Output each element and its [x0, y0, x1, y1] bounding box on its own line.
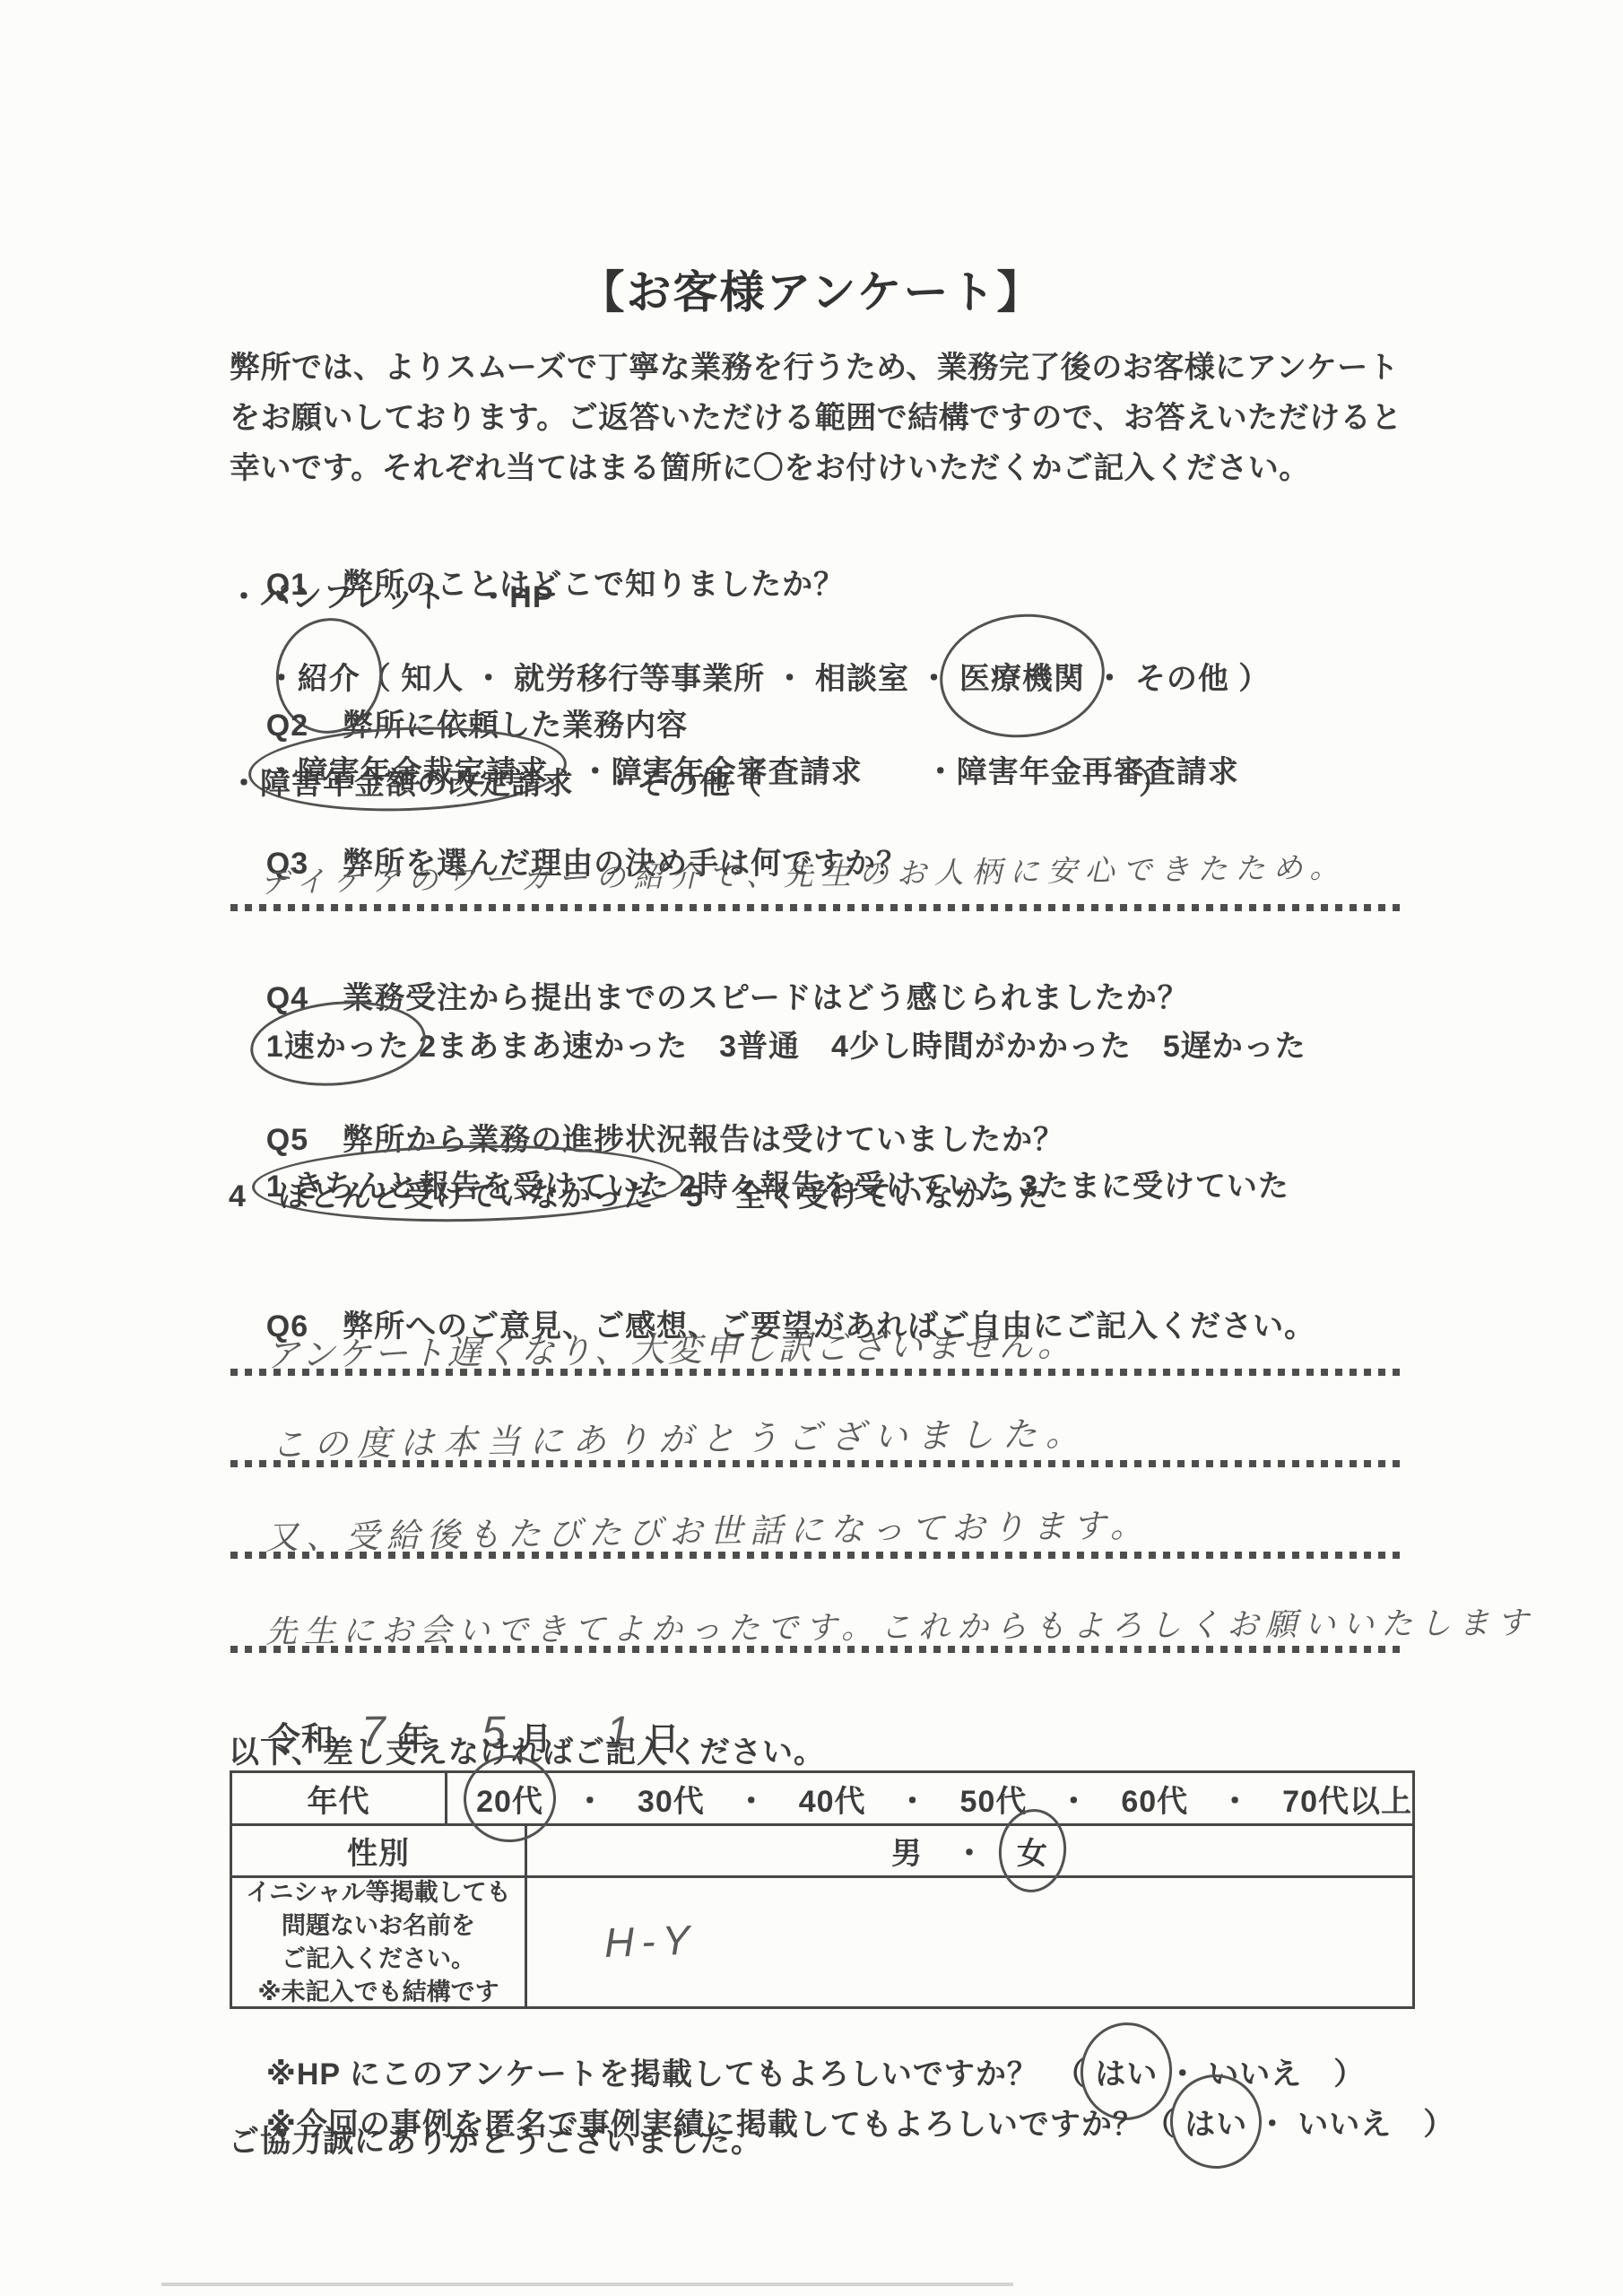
intro-line-3: 幸いです。それぞれ当てはまる箇所に〇をお付けいただくかご記入ください。 [230, 443, 1402, 493]
q6-handwritten-line-2: この度は本当にありがとうございました。 [271, 1405, 1089, 1466]
profile-note: 以下、差し支えなければご記入ください。 [229, 1727, 825, 1771]
profile-table: 年代 20代 ・ 30代 ・ 40代 ・ 50代 ・ 60代 ・ 70代以上 性… [230, 1770, 1415, 2009]
name-handwritten-initials: H-Y [603, 1915, 698, 1967]
q2-options-row2: ・障害年金額の改定請求 ・その他（ ） [229, 759, 1170, 803]
q6-dotted-line-2 [230, 1460, 1403, 1467]
q3-answer-dotted-line [230, 904, 1403, 911]
q6-handwritten-line-3: 又、受給後もたびたびお世話になっております。 [265, 1498, 1151, 1559]
name-label-line-2: 問題ないお名前を [282, 1909, 475, 1943]
q6-dotted-line-3 [230, 1552, 1403, 1559]
name-label-line-1: イニシャル等掲載しても [246, 1876, 510, 1909]
q6-handwritten-line-4: 先生にお会いできてよかったです。これからもよろしくお願いいたします [265, 1598, 1536, 1652]
q6-dotted-line-4 [230, 1646, 1403, 1653]
name-label-cell: イニシャル等掲載しても 問題ないお名前を ご記入ください。 ※未記入でも結構です [232, 1878, 527, 2006]
q1-option-medical-circled: 医療機関 [959, 654, 1085, 698]
name-value-cell: H-Y [527, 1878, 1412, 2006]
name-label-line-3: ご記入ください。 [282, 1943, 475, 1976]
table-row-gender: 性別 男 ・ 女 [232, 1823, 1412, 1875]
intro-paragraph: 弊所では、よりスムーズで丁寧な業務を行うため、業務完了後のお客様にアンケート を… [230, 343, 1402, 493]
q5-options-row2: 4 ほとんど受けていなかった 5 全く受けていなかった [229, 1171, 1049, 1215]
case-answer-yes-circled: はい [1185, 2100, 1247, 2144]
q1-referral-sublist-end: ・ その他 ） [1085, 662, 1270, 696]
intro-line-1: 弊所では、よりスムーズで丁寧な業務を行うため、業務完了後のお客様にアンケート [230, 343, 1402, 393]
age-label-cell: 年代 [232, 1773, 447, 1823]
age-label: 年代 [308, 1777, 370, 1821]
scan-edge-artifact [161, 2283, 1013, 2286]
page-title: 【お客様アンケート】 [0, 257, 1623, 321]
q1-options-row1: ・パンフレット ・HP [229, 572, 554, 616]
q4-options-rest: 2まあまあ速かった 3普通 4少し時間がかかった 5遅かった [410, 1030, 1306, 1064]
table-row-age: 年代 20代 ・ 30代 ・ 40代 ・ 50代 ・ 60代 ・ 70代以上 [232, 1773, 1412, 1823]
q6-dotted-line-1 [230, 1369, 1403, 1376]
gender-label-cell: 性別 [232, 1826, 527, 1875]
name-label-line-4: ※未記入でも結構です [257, 1976, 499, 2009]
gender-label: 性別 [347, 1829, 410, 1873]
q4-option-fast-circled: 1速かった [266, 1022, 410, 1065]
age-option-20s-circled: 20代 [476, 1777, 543, 1821]
intro-line-2: をお願いしております。ご返答いただける範囲で結構ですので、お答えいただけると [230, 393, 1402, 443]
thanks-message: ご協力誠にありがとうございました。 [229, 2117, 762, 2161]
gender-option-male: 男 ・ [891, 1829, 1017, 1873]
case-question-end: ・ いいえ ） [1247, 2108, 1454, 2142]
table-row-name: イニシャル等掲載しても 問題ないお名前を ご記入ください。 ※未記入でも結構です… [232, 1875, 1412, 2006]
age-options-rest: ・ 30代 ・ 40代 ・ 50代 ・ 60代 ・ 70代以上 [543, 1777, 1412, 1821]
age-value-cell: 20代 ・ 30代 ・ 40代 ・ 50代 ・ 60代 ・ 70代以上 [447, 1773, 1412, 1823]
gender-value-cell: 男 ・ 女 [527, 1826, 1412, 1875]
gender-option-female-circled: 女 [1017, 1829, 1048, 1873]
scanned-survey-document: 【お客様アンケート】 弊所では、よりスムーズで丁寧な業務を行うため、業務完了後の… [0, 0, 1623, 2296]
